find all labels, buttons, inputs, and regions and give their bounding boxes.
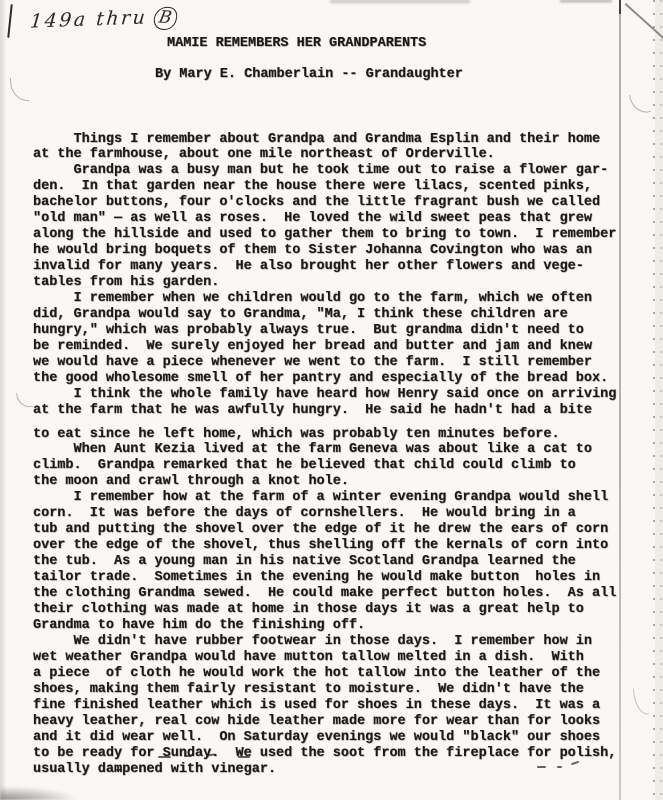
- perforation-dots-outer: [660, 0, 662, 800]
- perforation-dots: [653, 0, 655, 800]
- scan-curve-mark: [16, 391, 33, 409]
- handwritten-page-range: 149a thru: [29, 6, 148, 32]
- scan-curve-mark: [629, 91, 651, 115]
- document-byline: By Mary E. Chamberlain -- Grandaughter: [155, 67, 463, 83]
- pen-stroke-mark: [7, 4, 13, 38]
- handwritten-circled-letter: B: [152, 6, 179, 31]
- scanned-page: 149a thruB MAMIE REMEMBERS HER GRANDPARE…: [0, 0, 663, 800]
- handwritten-page-annotation: 149a thruB: [29, 5, 178, 34]
- scan-smudge: [560, 0, 612, 2]
- typewritten-text-block-1: Things I remember about Grandpa and Gran…: [33, 132, 616, 419]
- document-title: MAMIE REMEMBERS HER GRANDPARENTS: [167, 36, 426, 52]
- left-edge-shading: [0, 0, 7, 800]
- page-edge-line: [619, 0, 621, 800]
- scan-smudge: [330, 0, 470, 3]
- scan-curve-mark: [633, 687, 649, 715]
- typewritten-text-block-2: to eat since he left home, which was pro…: [33, 427, 616, 778]
- scan-smudge-corner: [0, 786, 80, 800]
- scan-curve-mark: [10, 78, 29, 101]
